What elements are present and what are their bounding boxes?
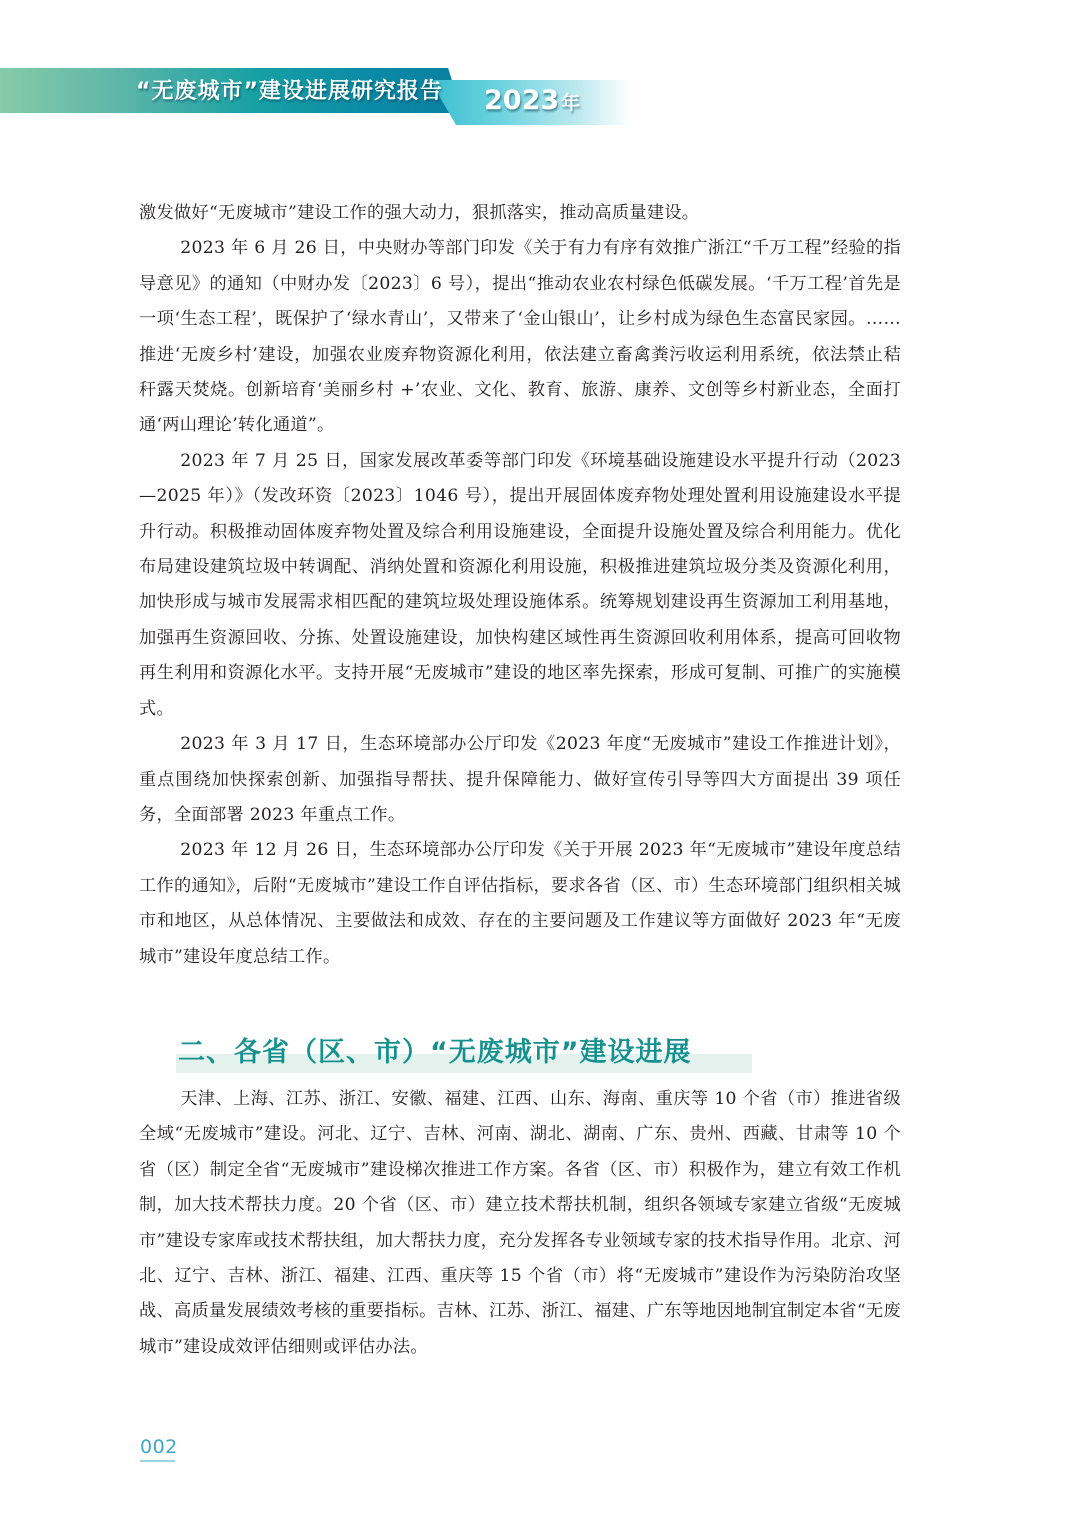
paragraph-qianwan-project: 2023 年 6 月 26 日，中央财办等部门印发《关于有力有序有效推广浙江“千… [139, 231, 901, 443]
paragraph-work-plan: 2023 年 3 月 17 日，生态环境部办公厅印发《2023 年度“无废城市”… [139, 727, 901, 833]
paragraph-provincial-progress: 天津、上海、江苏、浙江、安徽、福建、江西、山东、海南、重庆等 10 个省（市）推… [139, 1082, 901, 1365]
page-number: 002 [140, 1436, 178, 1458]
paragraph-annual-summary: 2023 年 12 月 26 日，生态环境部办公厅印发《关于开展 2023 年“… [139, 833, 901, 975]
paragraph-continuation: 激发做好“无废城市”建设工作的强大动力，狠抓落实，推动高质量建设。 [139, 196, 901, 231]
section-heading: 二、各省（区、市）“无废城市”建设进展 [176, 1030, 756, 1076]
section-title: 二、各省（区、市）“无废城市”建设进展 [178, 1030, 692, 1069]
report-header-banner: “无废城市”建设进展研究报告 2023年 [0, 68, 640, 128]
report-title: “无废城市”建设进展研究报告 [136, 74, 443, 105]
paragraph-infrastructure-action: 2023 年 7 月 25 日，国家发展改革委等部门印发《环境基础设施建设水平提… [139, 444, 901, 727]
report-year: 2023年 [484, 85, 580, 116]
report-year-suffix: 年 [561, 92, 580, 114]
report-year-number: 2023 [484, 85, 559, 116]
section-body-text: 天津、上海、江苏、浙江、安徽、福建、江西、山东、海南、重庆等 10 个省（市）推… [139, 1082, 901, 1365]
body-text: 激发做好“无废城市”建设工作的强大动力，狠抓落实，推动高质量建设。 2023 年… [139, 196, 901, 975]
page-number-underline [140, 1460, 175, 1462]
